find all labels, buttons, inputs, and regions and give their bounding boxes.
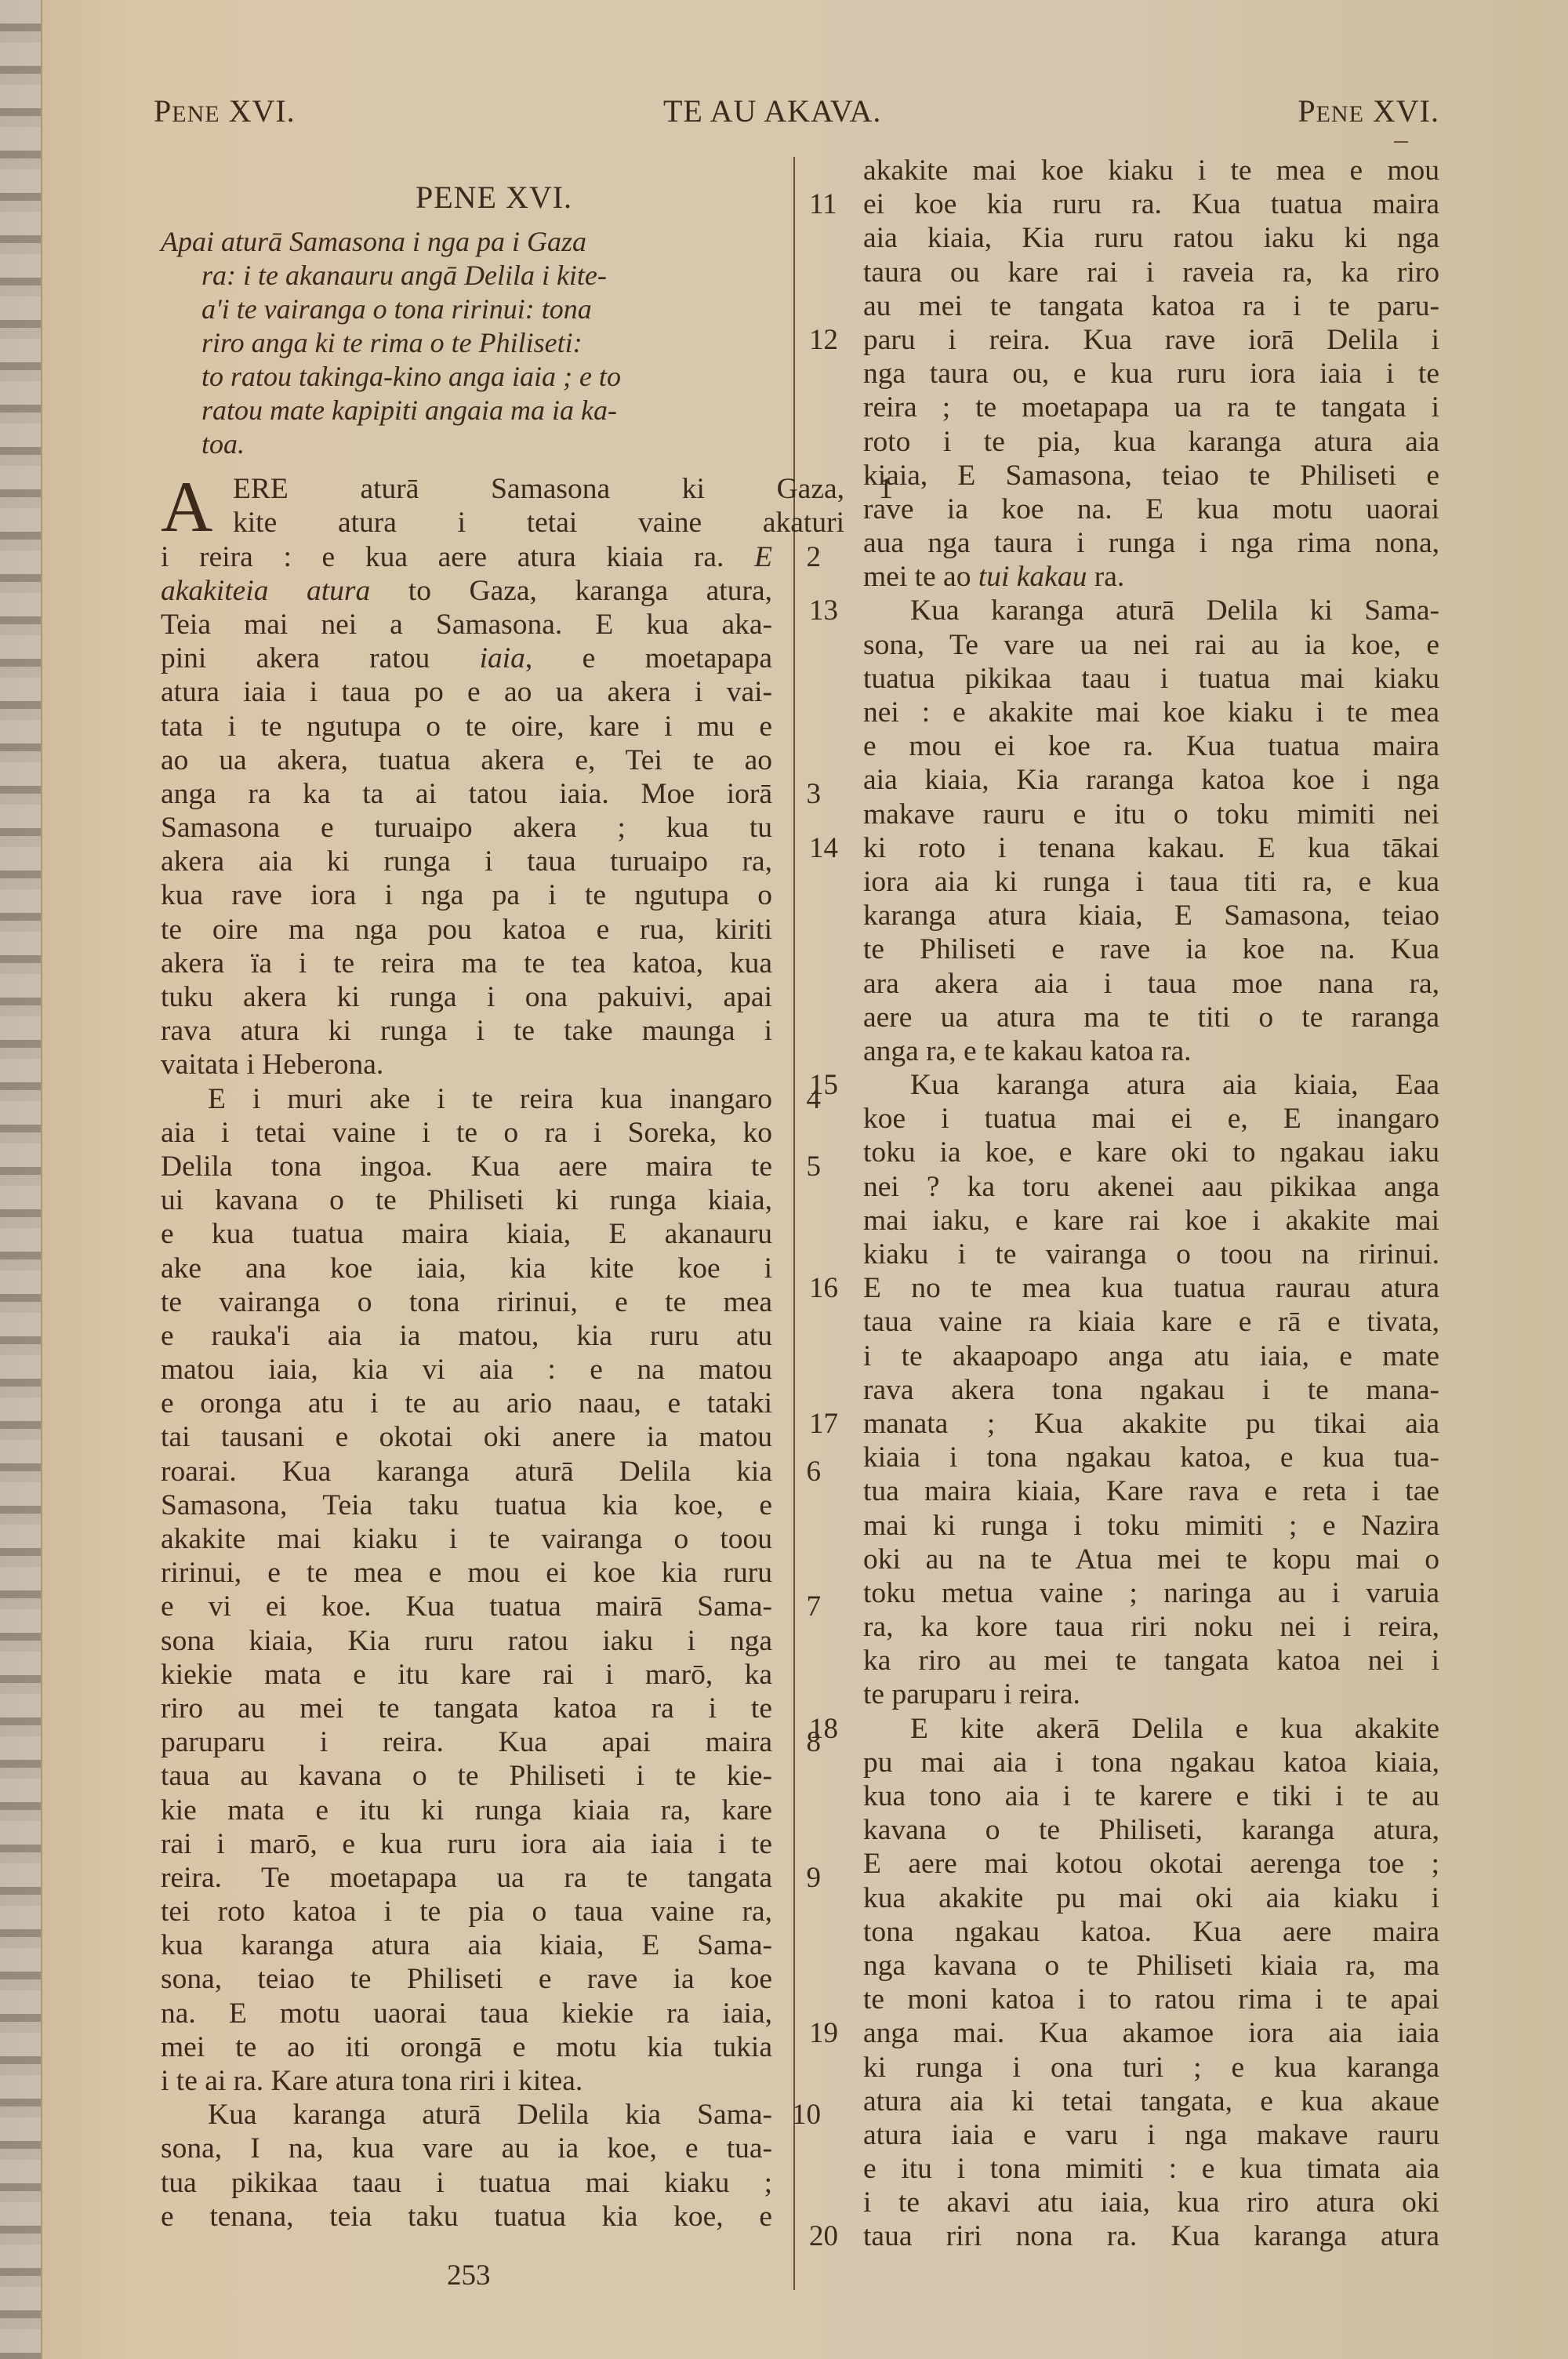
line-text: rai i marō, e kua ruru iora aia iaia i t… [161, 1828, 772, 1860]
summary-line: riro anga ki te rima o te Philiseti: [201, 326, 764, 360]
text-line: roarai. Kua karanga aturā Delila kia6 [161, 1455, 772, 1488]
line-text: tona ngakau katoa. Kua aere maira [863, 1916, 1439, 1948]
line-text: ake ana koe iaia, kia kite koe i [161, 1252, 772, 1285]
line-text: tata i te ngutupa o te oire, kare i mu e [161, 711, 772, 743]
line-text: tuatua pikikaa taau i tuatua mai kiaku [863, 663, 1439, 695]
italic-phrase: akakiteia atura [161, 575, 370, 607]
summary-line: ra: i te akanauru angā Delila i kite- [201, 259, 764, 293]
line-text: ui kavana o te Philiseti ki runga kiaia, [161, 1184, 772, 1216]
line-text: reira ; te moetapapa ua ra te tangata i [863, 391, 1439, 423]
text-line: roto i te pia, kua karanga atura aia [804, 425, 1439, 459]
text-line: tei roto katoa i te pia o taua vaine ra, [161, 1895, 772, 1928]
text-line: kiaku i te vairanga o toou na ririnui. [804, 1238, 1439, 1271]
line-text: sona, teiao te Philiseti e rave ia koe [161, 1963, 772, 1995]
line-text: ei koe kia ruru ra. Kua tuatua maira [863, 188, 1439, 220]
line-text: taua riri nona ra. Kua karanga atura [863, 2220, 1439, 2252]
text-line: nga taura ou, e kua ruru iora iaia i te [804, 357, 1439, 391]
line-text: E no te mea kua tuatua raurau atura [863, 1272, 1439, 1304]
line-text: tai tausani e okotai oki anere ia matou [161, 1421, 772, 1453]
line-text: kie mata e itu ki runga kiaia ra, kare [161, 1794, 772, 1826]
line-text: taua vaine ra kiaia kare e rā e tivata, [863, 1306, 1439, 1338]
text-line: taua riri nona ra. Kua karanga atura20 [804, 2219, 1439, 2253]
line-text: te Philiseti e rave ia koe na. Kua [863, 933, 1439, 965]
line-text: toku metua vaine ; naringa au i varuia [863, 1577, 1439, 1609]
line-text: ki roto i tenana kakau. E kua tākai [863, 832, 1439, 864]
text-line: na. E motu uaorai taua kiekie ra iaia, [161, 1997, 772, 2030]
text-line: tona ngakau katoa. Kua aere maira [804, 1915, 1439, 1949]
verse-number: 19 [809, 2016, 838, 2050]
text-line: e kua tuatua maira kiaia, E akanauru [161, 1217, 772, 1251]
line-text: iora aia ki runga i taua titi ra, e kua [863, 866, 1439, 898]
text-line: nei : e akakite mai koe kiaku i te mea [804, 696, 1439, 729]
text-line: akakiteia atura to Gaza, karanga atura, [161, 574, 772, 608]
text-line: Kua karanga aturā Delila kia Sama-10 [161, 2098, 772, 2132]
text-line: te moni katoa i to ratou rima i te apai [804, 1983, 1439, 2016]
text-line: iora aia ki runga i taua titi ra, e kua [804, 865, 1439, 899]
chapter-summary: Apai aturā Samasona i nga pa i Gazara: i… [161, 225, 780, 461]
text-line: toku metua vaine ; naringa au i varuia [804, 1576, 1439, 1610]
text-line: anga mai. Kua akamoe iora aia iaia19 [804, 2016, 1439, 2050]
line-text: roto i te pia, kua karanga atura aia [863, 426, 1439, 458]
line-text: kiaia i tona ngakau katoa, e kua tua- [863, 1441, 1439, 1474]
line-text: nei ? ka toru akenei aau pikikaa anga [863, 1171, 1439, 1203]
text-line: tuatua pikikaa taau i tuatua mai kiaku [804, 662, 1439, 696]
line-text: Samasona, Teia taku tuatua kia koe, e [161, 1489, 772, 1521]
text-line: sona, Te vare ua nei rai au ia koe, e [804, 628, 1439, 662]
text-line: aia kiaia, Kia ruru ratou iaku ki nga [804, 221, 1439, 255]
text-line: atura iaia i taua po e ao ua akera i vai… [161, 675, 772, 709]
line-text: nei : e akakite mai koe kiaku i te mea [863, 696, 1439, 729]
line-text: kua karanga atura aia kiaia, E Sama- [161, 1929, 772, 1961]
line-text: taura ou kare rai i raveia ra, ka riro [863, 256, 1439, 289]
page-number: 253 [447, 2259, 491, 2292]
line-text: atura aia ki tetai tangata, e kua akaue [863, 2085, 1439, 2117]
line-text: manata ; Kua akakite pu tikai aia [863, 1408, 1439, 1440]
line-text: paruparu i reira. Kua apai maira [161, 1726, 772, 1758]
line-text: tua pikikaa taau i tuatua mai kiaku ; [161, 2167, 772, 2199]
text-line: nga kavana o te Philiseti kiaia ra, ma [804, 1949, 1439, 1983]
line-text: anga mai. Kua akamoe iora aia iaia [863, 2017, 1439, 2049]
line-text: mai ki runga i toku mimiti ; e Nazira [863, 1510, 1439, 1542]
summary-line: ratou mate kapipiti angaia ma ia ka- [201, 394, 764, 427]
text-line: kiekie mata e itu kare rai i marō, ka [161, 1658, 772, 1692]
text-line: kite atura i tetai vaine akaturi [161, 506, 844, 540]
text-line: akera aia ki runga i taua turuaipo ra, [161, 845, 772, 878]
left-column-text: AERE aturā Samasona ki Gaza,1kite atura … [161, 472, 780, 2234]
line-text: taua au kavana o te Philiseti i te kie- [161, 1760, 772, 1792]
line-text: Kua karanga aturā Delila ki Sama- [910, 594, 1439, 627]
line-text: Teia mai nei a Samasona. E kua aka- [161, 609, 772, 641]
left-column: PENE XVI. Apai aturā Samasona i nga pa i… [161, 180, 780, 2234]
line-text: kite atura i tetai vaine akaturi [233, 507, 844, 539]
line-text: roarai. Kua karanga aturā Delila kia [161, 1456, 772, 1488]
book-page: PENE XVI. TE AU AKAVA. PENE XVI. PENE XV… [0, 0, 1568, 2359]
line-text: toku ia koe, e kare oki to ngakau iaku [863, 1136, 1439, 1169]
ornament-tick [1394, 141, 1408, 143]
text-line: anga ra, e te kakau katoa ra. [804, 1034, 1439, 1068]
line-text: nga kavana o te Philiseti kiaia ra, ma [863, 1950, 1439, 1982]
text-line: tata i te ngutupa o te oire, kare i mu e [161, 710, 772, 743]
line-text: kiekie mata e itu kare rai i marō, ka [161, 1659, 772, 1691]
right-column: akakite mai koe kiaku i te mea e mouei k… [804, 154, 1439, 2254]
text-line: ui kavana o te Philiseti ki runga kiaia, [161, 1183, 772, 1217]
line-text: e vi ei koe. Kua tuatua mairā Sama- [161, 1590, 772, 1623]
line-text: na. E motu uaorai taua kiekie ra iaia, [161, 1997, 772, 2030]
text-line: E i muri ake i te reira kua inangaro4 [161, 1082, 772, 1116]
line-text: sona, Te vare ua nei rai au ia koe, e [863, 629, 1439, 661]
text-line: mai ki runga i toku mimiti ; e Nazira [804, 1509, 1439, 1543]
verse-number: 20 [809, 2219, 838, 2253]
line-text: ra, ka kore taua riri noku nei i reira, [863, 1611, 1439, 1643]
text-line: i te ai ra. Kare atura tona riri i kitea… [161, 2064, 772, 2098]
line-text: E i muri ake i te reira kua inangaro [208, 1083, 772, 1115]
line-text: au mei te tangata katoa ra i te paru- [863, 290, 1439, 322]
chapter-heading: PENE XVI. [161, 180, 780, 214]
line-text: karanga atura kiaia, E Samasona, teiao [863, 900, 1439, 932]
line-text: Kua karanga aturā Delila kia Sama- [208, 2099, 772, 2131]
line-text: e mou ei koe ra. Kua tuatua maira [863, 730, 1439, 762]
verse-number: 14 [809, 831, 838, 865]
line-text: kua rave iora i nga pa i te ngutupa o [161, 879, 772, 911]
line-text: tua maira kiaia, Kare rava e reta i tae [863, 1475, 1439, 1507]
text-line: i te akaapoapo anga atu iaia, e mate [804, 1339, 1439, 1373]
text-line: nei ? ka toru akenei aau pikikaa anga [804, 1170, 1439, 1204]
line-text: anga ra ka ta ai tatou iaia. Moe iorā [161, 778, 772, 810]
line-text: aere ua atura ma te titi o te raranga [863, 1001, 1439, 1034]
line-text: akakite mai kiaku i te vairanga o toou [161, 1523, 772, 1555]
text-line: mei te ao tui kakau ra. [804, 560, 1439, 594]
text-line: ERE aturā Samasona ki Gaza,1 [161, 472, 844, 506]
text-line: kiaia i tona ngakau katoa, e kua tua- [804, 1441, 1439, 1474]
line-text: ara akera aia i taua moe nana ra, [863, 968, 1439, 1000]
text-line: E kite akerā Delila e kua akakite18 [804, 1712, 1439, 1746]
line-text: te vairanga o tona ririnui, e te mea [161, 1286, 772, 1318]
line-text: aua nga taura i runga i nga rima nona, [863, 527, 1439, 559]
text-line: E aere mai kotou okotai aerenga toe ; [804, 1847, 1439, 1881]
line-text: matou iaia, kia vi aia : e na matou [161, 1354, 772, 1386]
previous-page-edge [0, 0, 42, 2359]
italic-phrase: tui kakau [978, 561, 1087, 593]
line-text: e rauka'i aia ia matou, kia ruru atu [161, 1320, 772, 1352]
text-line: sona, teiao te Philiseti e rave ia koe [161, 1962, 772, 1996]
text-line: ake ana koe iaia, kia kite koe i [161, 1252, 772, 1285]
text-line: paruparu i reira. Kua apai maira8 [161, 1725, 772, 1759]
line-text: pu mai aia i tona ngakau katoa kiaia, [863, 1747, 1439, 1779]
book-title: TE AU AKAVA. [663, 93, 881, 129]
verse-number: 13 [809, 594, 838, 627]
line-text: Samasona e turuaipo akera ; kua tu [161, 812, 772, 844]
text-line: te Philiseti e rave ia koe na. Kua [804, 932, 1439, 966]
text-line: aia kiaia, Kia raranga katoa koe i nga [804, 763, 1439, 797]
text-line: taua vaine ra kiaia kare e rā e tivata, [804, 1305, 1439, 1339]
text-line: tai tausani e okotai oki anere ia matou [161, 1420, 772, 1454]
text-line: Delila tona ingoa. Kua aere maira te5 [161, 1150, 772, 1183]
line-text: mei te ao tui kakau ra. [863, 561, 1124, 593]
text-line: te paruparu i reira. [804, 1677, 1439, 1711]
text-line: vaitata i Heberona. [161, 1048, 772, 1081]
text-line: ririnui, e te mea e mou ei koe kia ruru [161, 1556, 772, 1590]
text-line: reira ; te moetapapa ua ra te tangata i [804, 391, 1439, 424]
text-line: i reira : e kua aere atura kiaia ra. E2 [161, 540, 772, 574]
text-line: taura ou kare rai i raveia ra, ka riro [804, 256, 1439, 289]
line-text: e itu i tona mimiti : e kua timata aia [863, 2153, 1439, 2185]
verse-number: 12 [809, 323, 838, 357]
line-text: ririnui, e te mea e mou ei koe kia ruru [161, 1557, 772, 1589]
line-text: e oronga atu i te au ario naau, e tataki [161, 1387, 772, 1419]
text-line: kua karanga atura aia kiaia, E Sama- [161, 1928, 772, 1962]
right-column-text: akakite mai koe kiaku i te mea e mouei k… [804, 154, 1439, 2254]
text-line: sona kiaia, Kia ruru ratou iaku i nga [161, 1624, 772, 1658]
line-text: akera aia ki runga i taua turuaipo ra, [161, 845, 772, 878]
text-line: e vi ei koe. Kua tuatua mairā Sama-7 [161, 1590, 772, 1623]
running-head: PENE XVI. TE AU AKAVA. PENE XVI. [154, 93, 1439, 132]
text-line: aia i tetai vaine i te o ra i Soreka, ko [161, 1116, 772, 1150]
text-line: ka riro au mei te tangata katoa nei i [804, 1644, 1439, 1677]
text-line: anga ra ka ta ai tatou iaia. Moe iorā3 [161, 777, 772, 811]
text-line: pu mai aia i tona ngakau katoa kiaia, [804, 1746, 1439, 1779]
text-line: e itu i tona mimiti : e kua timata aia [804, 2152, 1439, 2186]
line-text: sona kiaia, Kia ruru ratou iaku i nga [161, 1625, 772, 1657]
text-line: ei koe kia ruru ra. Kua tuatua maira11 [804, 187, 1439, 221]
text-line: taua au kavana o te Philiseti i te kie- [161, 1759, 772, 1793]
summary-line: toa. [201, 427, 764, 461]
line-text: kiaia, E Samasona, teiao te Philiseti e [863, 460, 1439, 492]
text-line: kiaia, E Samasona, teiao te Philiseti e [804, 459, 1439, 493]
running-head-right: PENE XVI. [1298, 93, 1439, 129]
text-line: rai i marō, e kua ruru iora aia iaia i t… [161, 1827, 772, 1861]
text-line: e rauka'i aia ia matou, kia ruru atu [161, 1319, 772, 1353]
line-text: akera ïa i te reira ma te tea katoa, kua [161, 947, 772, 980]
line-text: kiaku i te vairanga o toou na ririnui. [863, 1238, 1439, 1270]
text-line: akera ïa i te reira ma te tea katoa, kua [161, 947, 772, 980]
line-text: reira. Te moetapapa ua ra te tangata [161, 1862, 772, 1894]
line-text: vaitata i Heberona. [161, 1049, 383, 1081]
text-line: ki runga i ona turi ; e kua karanga [804, 2051, 1439, 2085]
line-text: koe i tuatua mai ei e, E inangaro [863, 1103, 1439, 1135]
text-line: rava atura ki runga i te take maunga i [161, 1014, 772, 1048]
text-line: e tenana, teia taku tuatua kia koe, e [161, 2200, 772, 2234]
line-text: E aere mai kotou okotai aerenga toe ; [863, 1848, 1439, 1880]
verse-number: 18 [809, 1712, 838, 1746]
line-text: ao ua akera, tuatua akera e, Tei te ao [161, 744, 772, 776]
line-text: e tenana, teia taku tuatua kia koe, e [161, 2201, 772, 2233]
text-line: kua tono aia i te karere e tiki i te au [804, 1779, 1439, 1813]
line-text: mei te ao iti orongā e motu kia tukia [161, 2031, 772, 2063]
line-text: ERE aturā Samasona ki Gaza, [233, 473, 844, 505]
text-line: atura iaia e varu i nga makave rauru [804, 2118, 1439, 2152]
text-line: au mei te tangata katoa ra i te paru- [804, 289, 1439, 323]
text-line: reira. Te moetapapa ua ra te tangata9 [161, 1861, 772, 1895]
text-line: tua pikikaa taau i tuatua mai kiaku ; [161, 2166, 772, 2200]
text-line: kie mata e itu ki runga kiaia ra, kare [161, 1794, 772, 1827]
verse-number: 11 [809, 187, 837, 221]
line-text: Kua karanga atura aia kiaia, Eaa [910, 1069, 1439, 1101]
line-text: atura iaia i taua po e ao ua akera i vai… [161, 676, 772, 708]
text-line: mai iaku, e kare rai koe i akakite mai [804, 1204, 1439, 1238]
verse-number: 15 [809, 1068, 838, 1102]
text-line: Kua karanga aturā Delila ki Sama-13 [804, 594, 1439, 627]
line-text: kavana o te Philiseti, karanga atura, [863, 1814, 1439, 1846]
italic-phrase: iaia [480, 642, 525, 674]
line-text: rava akera tona ngakau i te mana- [863, 1374, 1439, 1406]
text-line: tua maira kiaia, Kare rava e reta i tae [804, 1474, 1439, 1508]
running-head-left: PENE XVI. [154, 93, 296, 129]
line-text: anga ra, e te kakau katoa ra. [863, 1035, 1192, 1067]
line-text: ki runga i ona turi ; e kua karanga [863, 2052, 1439, 2084]
text-line: ki roto i tenana kakau. E kua tākai14 [804, 831, 1439, 865]
line-text: i te akaapoapo anga atu iaia, e mate [863, 1340, 1439, 1372]
line-text: i te ai ra. Kare atura tona riri i kitea… [161, 2065, 583, 2097]
text-line: toku ia koe, e kare oki to ngakau iaku [804, 1136, 1439, 1169]
text-line: manata ; Kua akakite pu tikai aia17 [804, 1407, 1439, 1441]
line-text: atura iaia e varu i nga makave rauru [863, 2119, 1439, 2151]
summary-line: to ratou takinga-kino anga iaia ; e to [201, 360, 764, 394]
line-text: Delila tona ingoa. Kua aere maira te [161, 1150, 772, 1183]
verse-number: 17 [809, 1407, 838, 1441]
line-text: aia kiaia, Kia raranga katoa koe i nga [863, 764, 1439, 796]
text-line: Kua karanga atura aia kiaia, Eaa15 [804, 1068, 1439, 1102]
text-line: Samasona e turuaipo akera ; kua tu [161, 811, 772, 845]
text-line: rava akera tona ngakau i te mana- [804, 1373, 1439, 1407]
line-text: kua tono aia i te karere e tiki i te au [863, 1780, 1439, 1812]
text-line: ara akera aia i taua moe nana ra, [804, 967, 1439, 1001]
text-line: pini akera ratou iaia, e moetapapa [161, 642, 772, 675]
line-text: te moni katoa i to ratou rima i te apai [863, 1983, 1439, 2016]
line-text: akakiteia atura to Gaza, karanga atura, [161, 575, 772, 607]
line-text: pini akera ratou iaia, e moetapapa [161, 642, 772, 674]
text-line: e mou ei koe ra. Kua tuatua maira [804, 729, 1439, 763]
text-line: Samasona, Teia taku tuatua kia koe, e [161, 1488, 772, 1522]
text-line: oki au na te Atua mei te kopu mai o [804, 1543, 1439, 1576]
text-line: ao ua akera, tuatua akera e, Tei te ao [161, 743, 772, 777]
line-text: tei roto katoa i te pia o taua vaine ra, [161, 1896, 772, 1928]
line-text: nga taura ou, e kua ruru iora iaia i te [863, 358, 1439, 390]
text-line: karanga atura kiaia, E Samasona, teiao [804, 899, 1439, 932]
line-text: kua akakite pu mai oki aia kiaku i [863, 1882, 1439, 1914]
text-line: koe i tuatua mai ei e, E inangaro [804, 1102, 1439, 1136]
text-line: kua rave iora i nga pa i te ngutupa o [161, 878, 772, 912]
line-text: i reira : e kua aere atura kiaia ra. E [161, 541, 772, 573]
text-line: atura aia ki tetai tangata, e kua akaue [804, 2085, 1439, 2118]
text-line: rave ia koe na. E kua motu uaorai [804, 493, 1439, 526]
text-line: ra, ka kore taua riri noku nei i reira, [804, 1610, 1439, 1644]
text-line: E no te mea kua tuatua raurau atura16 [804, 1271, 1439, 1305]
line-text: i te akavi atu iaia, kua riro atura oki [863, 2186, 1439, 2219]
line-text: oki au na te Atua mei te kopu mai o [863, 1543, 1439, 1576]
text-line: Teia mai nei a Samasona. E kua aka- [161, 608, 772, 642]
text-line: matou iaia, kia vi aia : e na matou [161, 1353, 772, 1387]
text-line: sona, I na, kua vare au ia koe, e tua- [161, 2132, 772, 2165]
text-line: akakite mai kiaku i te vairanga o toou [161, 1522, 772, 1556]
line-text: makave rauru e itu o toku mimiti nei [863, 798, 1439, 831]
text-line: kua akakite pu mai oki aia kiaku i [804, 1881, 1439, 1915]
line-text: aia kiaia, Kia ruru ratou iaku ki nga [863, 222, 1439, 254]
verse-number: 16 [809, 1271, 838, 1305]
line-text: sona, I na, kua vare au ia koe, e tua- [161, 2132, 772, 2165]
text-line: makave rauru e itu o toku mimiti nei [804, 798, 1439, 831]
text-line: paru i reira. Kua rave iorā Delila i12 [804, 323, 1439, 357]
summary-line: a'i te vairanga o tona ririnui: tona [201, 293, 764, 326]
text-line: riro au mei te tangata katoa ra i te [161, 1692, 772, 1725]
line-text: tuku akera ki runga i ona pakuivi, apai [161, 981, 772, 1013]
line-text: rava atura ki runga i te take maunga i [161, 1015, 772, 1047]
text-line: te vairanga o tona ririnui, e te mea [161, 1285, 772, 1319]
line-text: riro au mei te tangata katoa ra i te [161, 1692, 772, 1725]
line-text: paru i reira. Kua rave iorā Delila i [863, 324, 1439, 356]
text-line: mei te ao iti orongā e motu kia tukia [161, 2030, 772, 2064]
text-line: i te akavi atu iaia, kua riro atura oki [804, 2186, 1439, 2219]
summary-line: Apai aturā Samasona i nga pa i Gaza [201, 225, 764, 259]
line-text: aia i tetai vaine i te o ra i Soreka, ko [161, 1117, 772, 1149]
line-text: akakite mai koe kiaku i te mea e mou [863, 154, 1439, 187]
text-line: kavana o te Philiseti, karanga atura, [804, 1813, 1439, 1847]
line-text: te paruparu i reira. [863, 1678, 1080, 1710]
line-text: ka riro au mei te tangata katoa nei i [863, 1645, 1439, 1677]
line-text: mai iaku, e kare rai koe i akakite mai [863, 1205, 1439, 1237]
text-line: tuku akera ki runga i ona pakuivi, apai [161, 980, 772, 1014]
text-line: te oire ma nga pou katoa e rua, kiriti [161, 913, 772, 947]
line-text: E kite akerā Delila e kua akakite [910, 1713, 1439, 1745]
line-text: e kua tuatua maira kiaia, E akanauru [161, 1218, 772, 1250]
line-text: te oire ma nga pou katoa e rua, kiriti [161, 914, 772, 946]
text-line: aua nga taura i runga i nga rima nona, [804, 526, 1439, 560]
text-line: e oronga atu i te au ario naau, e tataki [161, 1387, 772, 1420]
text-line: akakite mai koe kiaku i te mea e mou [804, 154, 1439, 187]
line-text: rave ia koe na. E kua motu uaorai [863, 493, 1439, 525]
text-line: aere ua atura ma te titi o te raranga [804, 1001, 1439, 1034]
